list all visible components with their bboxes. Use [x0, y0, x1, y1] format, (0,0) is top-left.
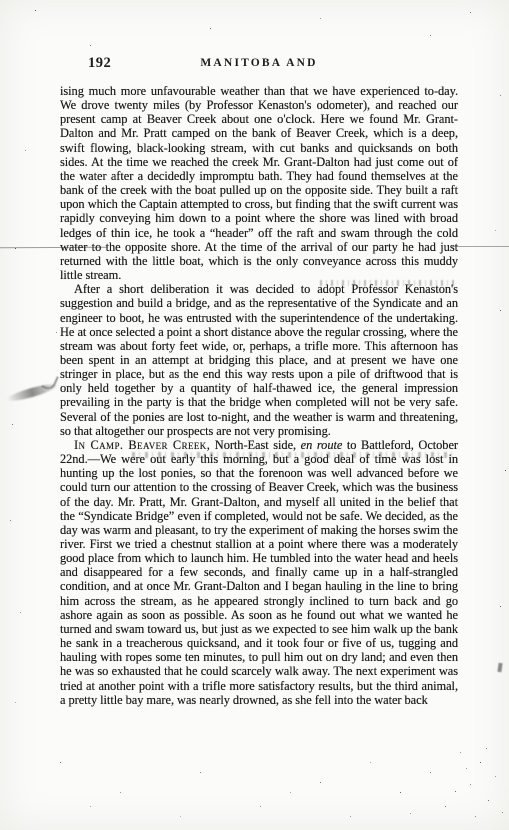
page-body: ising much more unfavourable weather tha…	[60, 84, 458, 707]
scan-smear-artifact	[132, 452, 456, 458]
camp-entry-en-route: en route	[301, 438, 343, 452]
pen-underline-artifact-right	[452, 246, 509, 247]
camp-entry-segment: North-East side,	[210, 438, 300, 452]
scan-noise	[0, 0, 1, 1]
paragraph-continuation: ising much more unfavourable weather tha…	[60, 84, 458, 282]
paragraph-camp-entry: In Camp. Beaver Creek, North-East side, …	[60, 438, 458, 707]
page-header: 192 MANITOBA AND	[60, 57, 458, 75]
running-header: MANITOBA AND	[60, 57, 458, 69]
camp-entry-segment: to Battleford, October 22nd.—We were out…	[60, 438, 458, 707]
paragraph-bridge-deliberation: After a short deliberation it was decide…	[60, 282, 458, 438]
camp-entry-dateline: In Camp. Beaver Creek,	[74, 438, 210, 452]
page-number: 192	[88, 55, 111, 72]
book-page: 192 MANITOBA AND ising much more unfavou…	[0, 0, 509, 830]
scan-smear-artifact	[320, 280, 456, 286]
edge-ink-mark	[497, 663, 502, 672]
